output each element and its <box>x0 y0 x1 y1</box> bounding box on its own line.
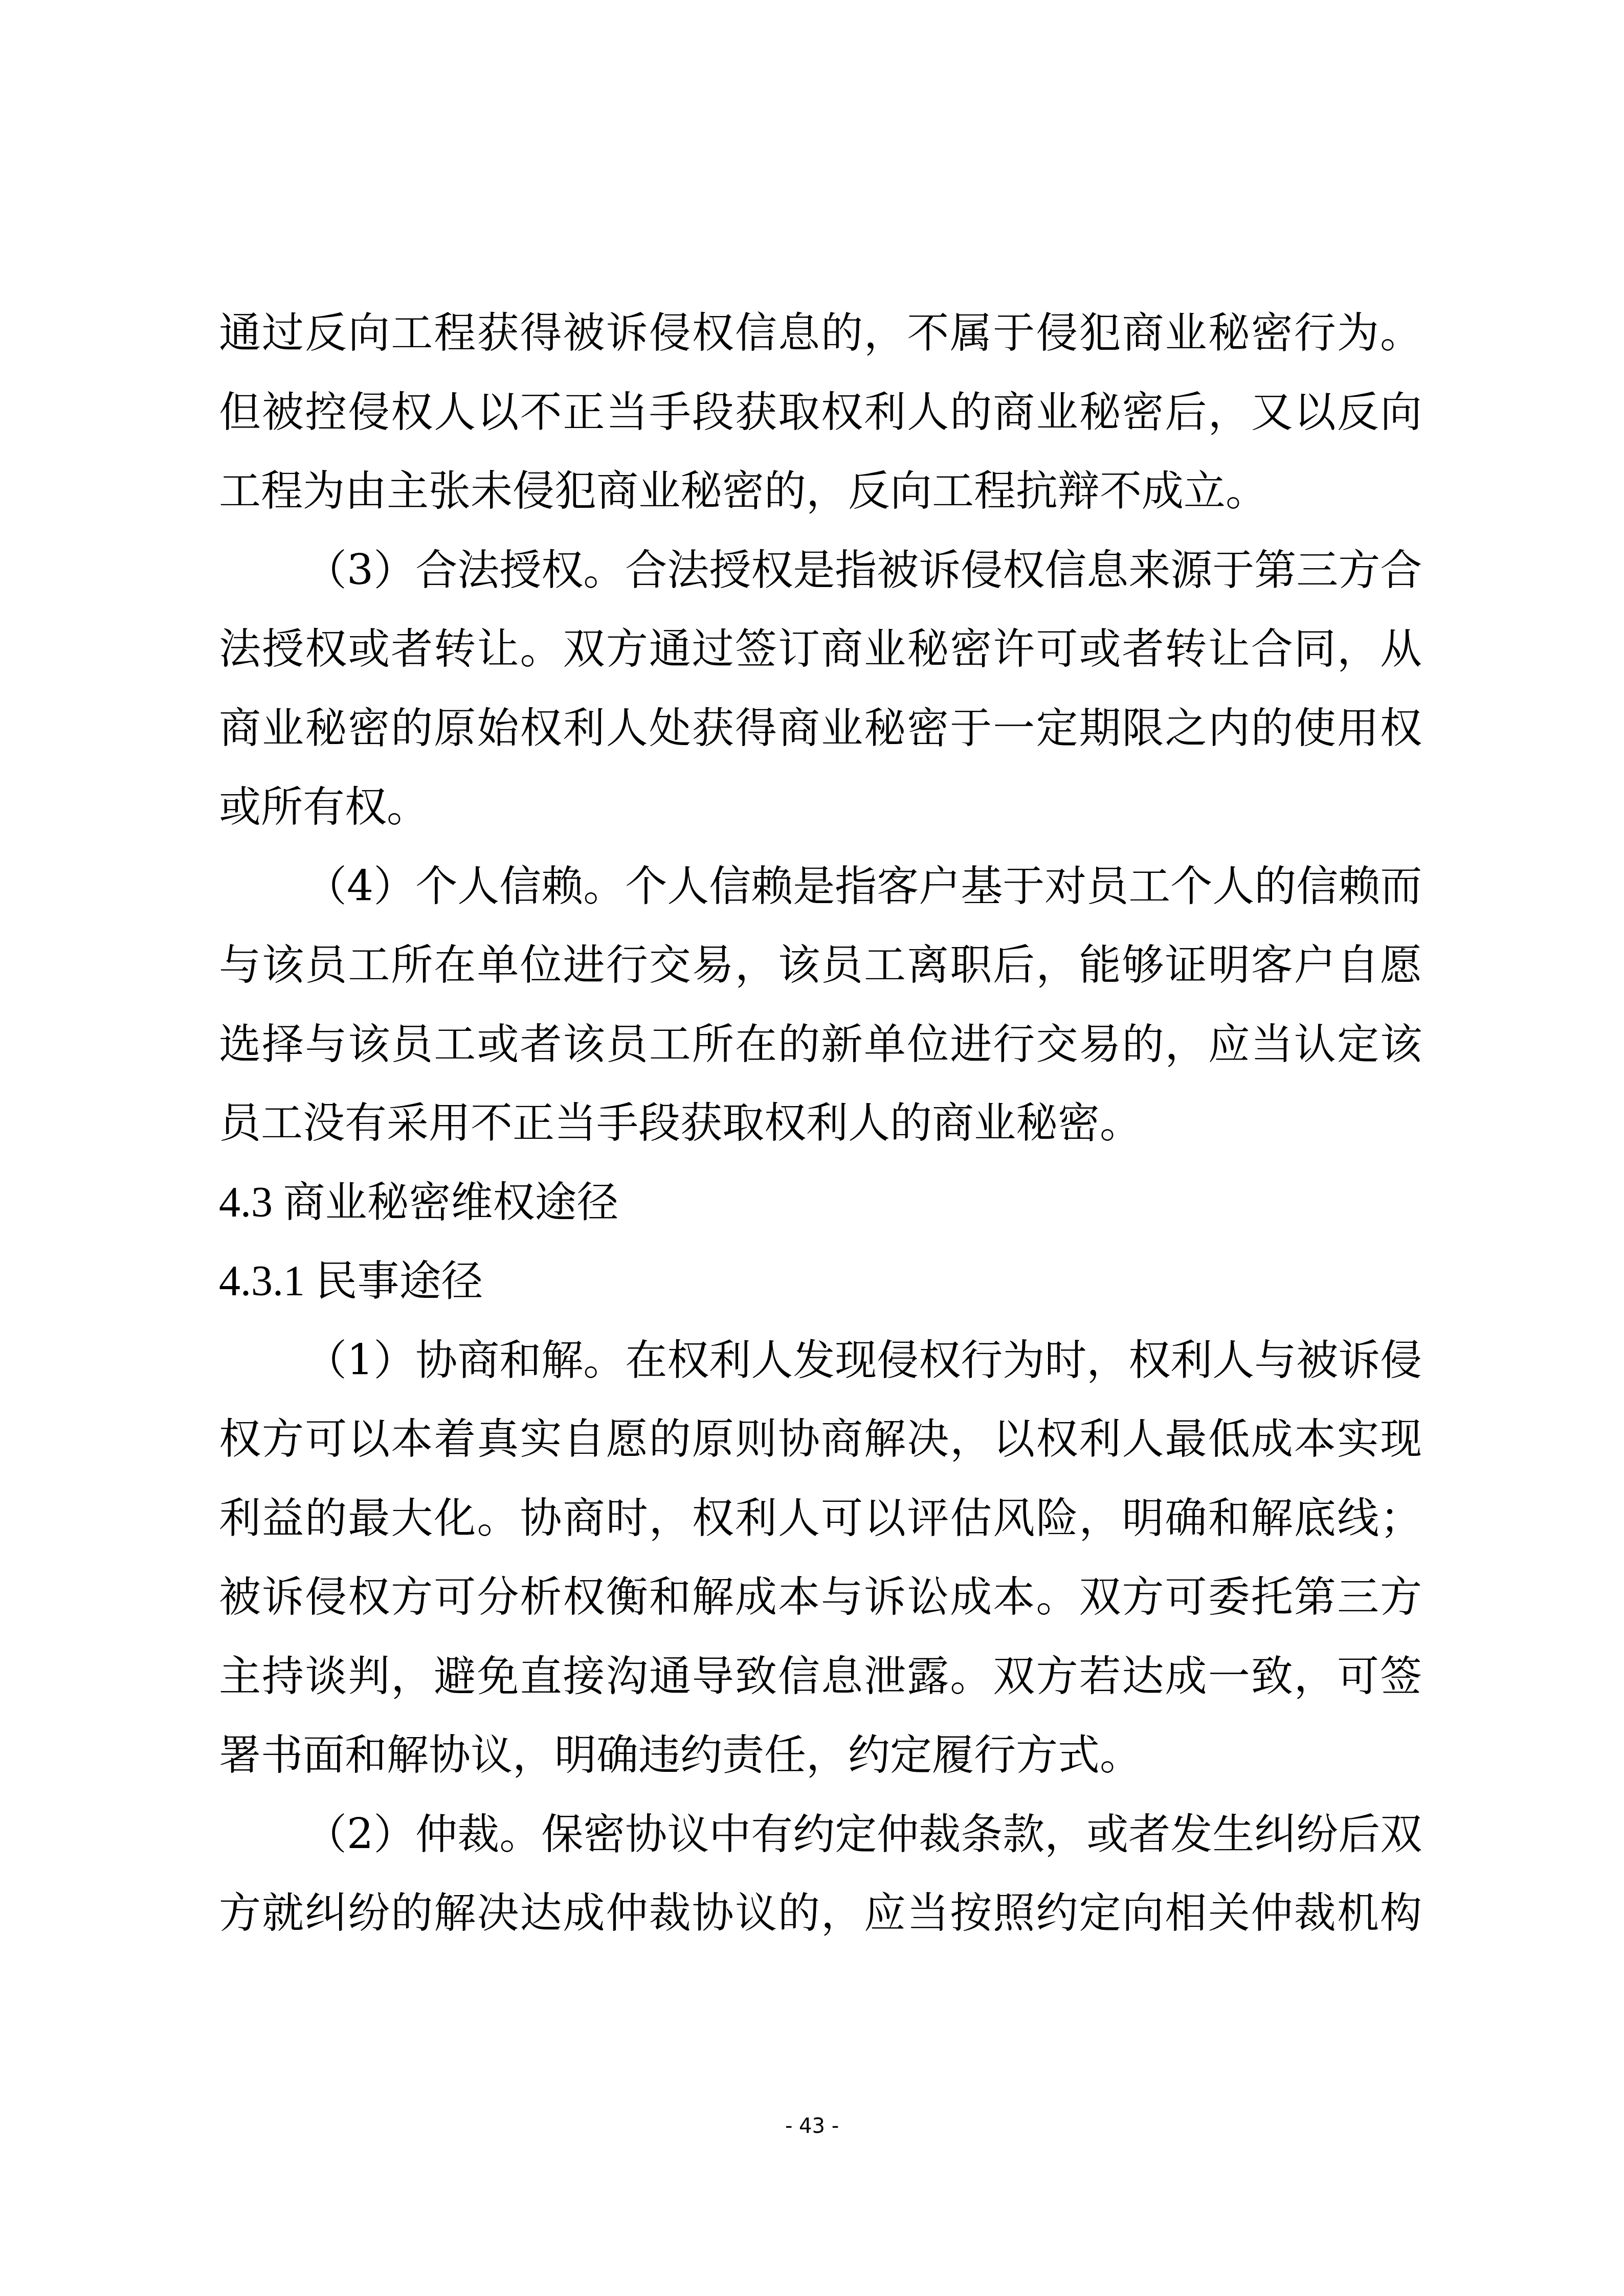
text-line: 通过反向工程获得被诉侵权信息的，不属于侵犯商业秘密行为。 <box>219 294 1422 373</box>
text-line: 权方可以本着真实自愿的原则协商解决，以权利人最低成本实现 <box>219 1400 1422 1479</box>
text-line: 但被控侵权人以不正当手段获取权利人的商业秘密后，又以反向 <box>219 373 1422 453</box>
section-number: 4.3.1 <box>219 1257 305 1305</box>
text-line: 商业秘密的原始权利人处获得商业秘密于一定期限之内的使用权 <box>219 689 1422 769</box>
text-line: 主持谈判，避免直接沟通导致信息泄露。双方若达成一致，可签 <box>219 1637 1422 1717</box>
text-line: 利益的最大化。协商时，权利人可以评估风险，明确和解底线； <box>219 1479 1422 1559</box>
section-heading-4-3-1: 4.3.1 民事途径 <box>219 1242 1422 1321</box>
text-line: （4）个人信赖。个人信赖是指客户基于对员工个人的信赖而 <box>219 847 1422 927</box>
section-heading-4-3: 4.3 商业秘密维权途径 <box>219 1163 1422 1243</box>
text-line: 员工没有采用不正当手段获取权利人的商业秘密。 <box>219 1084 1422 1163</box>
page-number: - 43 - <box>0 2111 1624 2142</box>
text-line: 被诉侵权方可分析权衡和解成本与诉讼成本。双方可委托第三方 <box>219 1558 1422 1637</box>
paragraph-reverse-engineering: 通过反向工程获得被诉侵权信息的，不属于侵犯商业秘密行为。 但被控侵权人以不正当手… <box>219 294 1422 531</box>
text-line: 方就纠纷的解决达成仲裁协议的，应当按照约定向相关仲裁机构 <box>219 1874 1422 1953</box>
text-line: 与该员工所在单位进行交易，该员工离职后，能够证明客户自愿 <box>219 926 1422 1005</box>
text-line: 选择与该员工或者该员工所在的新单位进行交易的，应当认定该 <box>219 1005 1422 1085</box>
paragraph-arbitration: （2）仲裁。保密协议中有约定仲裁条款，或者发生纠纷后双 方就纠纷的解决达成仲裁协… <box>219 1795 1422 1953</box>
text-line: 工程为由主张未侵犯商业秘密的，反向工程抗辩不成立。 <box>219 452 1422 531</box>
text-line: （2）仲裁。保密协议中有约定仲裁条款，或者发生纠纷后双 <box>219 1795 1422 1875</box>
text-line: （1）协商和解。在权利人发现侵权行为时，权利人与被诉侵 <box>219 1321 1422 1401</box>
section-title: 民事途径 <box>316 1258 483 1304</box>
text-line: 署书面和解协议，明确违约责任，约定履行方式。 <box>219 1716 1422 1795</box>
page-body: 通过反向工程获得被诉侵权信息的，不属于侵犯商业秘密行为。 但被控侵权人以不正当手… <box>219 294 1422 1953</box>
text-line: 法授权或者转让。双方通过签订商业秘密许可或者转让合同，从 <box>219 610 1422 689</box>
section-number: 4.3 <box>219 1179 273 1226</box>
section-title: 商业秘密维权途径 <box>283 1179 619 1226</box>
text-line: （3）合法授权。合法授权是指被诉侵权信息来源于第三方合 <box>219 531 1422 611</box>
paragraph-personal-trust: （4）个人信赖。个人信赖是指客户基于对员工个人的信赖而 与该员工所在单位进行交易… <box>219 847 1422 1163</box>
paragraph-negotiation-settlement: （1）协商和解。在权利人发现侵权行为时，权利人与被诉侵 权方可以本着真实自愿的原… <box>219 1321 1422 1795</box>
text-line: 或所有权。 <box>219 768 1422 847</box>
paragraph-legal-authorization: （3）合法授权。合法授权是指被诉侵权信息来源于第三方合 法授权或者转让。双方通过… <box>219 531 1422 847</box>
